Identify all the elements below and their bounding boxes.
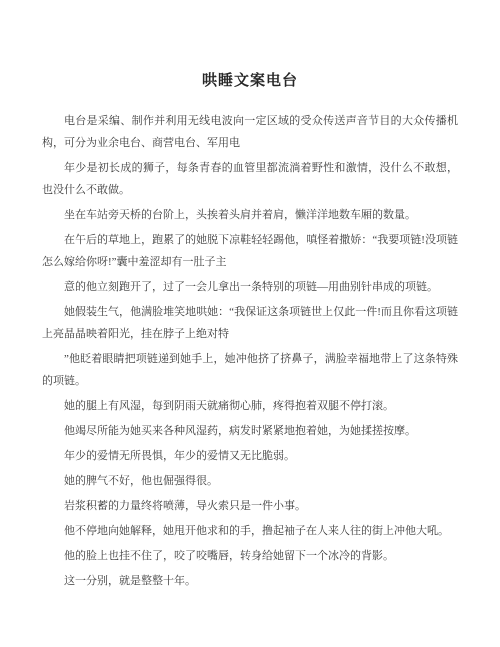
- paragraph: 她的腿上有风湿，每到阴雨天就痛彻心肺，疼得抱着双腿不停打滚。: [42, 395, 458, 417]
- paragraph: 岩浆积蓄的力量终将喷薄，导火索只是一件小事。: [42, 495, 458, 517]
- paragraph: 意的他立刻跑开了，过了一会儿拿出一条特别的项链—用曲别针串成的项链。: [42, 276, 458, 298]
- document-page: 哄睡文案电台 电台是采编、制作并利用无线电波向一定区域的受众传送声音节目的大众传…: [0, 0, 500, 647]
- paragraph: 他竭尽所能为她买来各种风湿药，病发时紧紧地抱着她，为她揉搓按摩。: [42, 420, 458, 442]
- paragraph: 这一分别，就是整整十年。: [42, 570, 458, 592]
- paragraph: 他的脸上也挂不住了，咬了咬嘴唇，转身给她留下一个冰冷的背影。: [42, 545, 458, 567]
- paragraph: 他不停地向她解释，她甩开他求和的手，撸起袖子在人来人往的街上冲他大吼。: [42, 520, 458, 542]
- paragraph: 她的脾气不好，他也倔强得很。: [42, 470, 458, 492]
- paragraph: ”他眨着眼睛把项链递到她手上，她冲他挤了挤鼻子，满脸幸福地带上了这条特殊的项链。: [42, 348, 458, 392]
- paragraph: 坐在车站旁天桥的台阶上，头挨着头肩并着肩，懒洋洋地数车厢的数量。: [42, 204, 458, 226]
- paragraph: 年少的爱情无所畏惧，年少的爱情又无比脆弱。: [42, 445, 458, 467]
- paragraph: 年少是初长成的狮子，每条青春的血管里都流淌着野性和激情，没什么不敢想，也没什么不…: [42, 157, 458, 201]
- paragraph: 电台是采编、制作并利用无线电波向一定区域的受众传送声音节目的大众传播机构，可分为…: [42, 110, 458, 154]
- paragraph: 在午后的草地上，跑累了的她脱下凉鞋轻轻踢他，嗔怪着撒娇：“我要项链!没项链怎么嫁…: [42, 229, 458, 273]
- document-title: 哄睡文案电台: [42, 68, 458, 94]
- paragraph: 她假装生气，他满脸堆笑地哄她：“我保证这条项链世上仅此一件!而且你看这项链上亮晶…: [42, 301, 458, 345]
